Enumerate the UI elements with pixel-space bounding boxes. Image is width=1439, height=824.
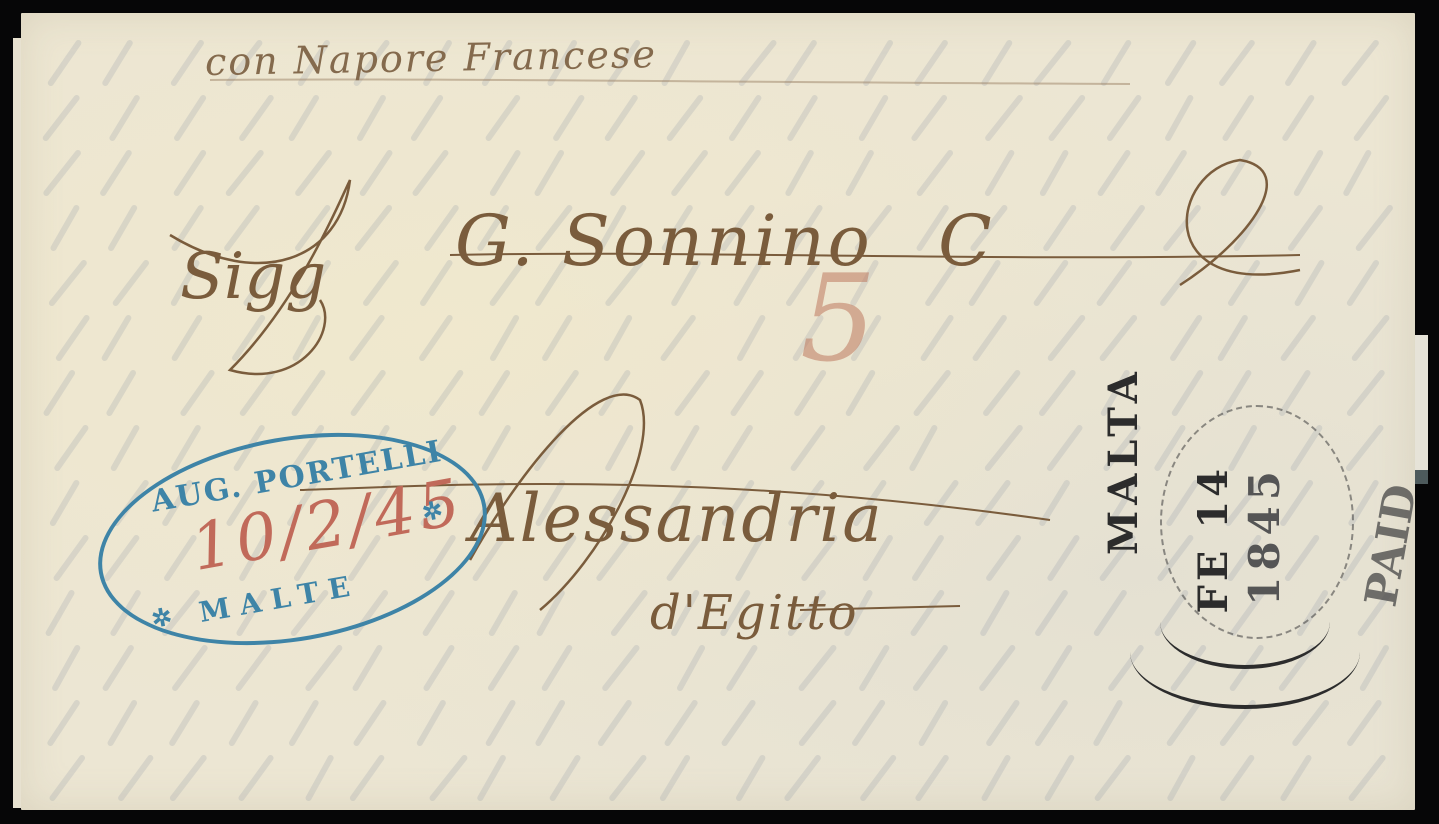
postmark-town: MALTA — [1100, 366, 1147, 555]
addressee-suffix: C — [938, 200, 995, 282]
cachet-bottom-text: MALTE — [157, 568, 362, 636]
destination-city: Alessandria — [470, 480, 884, 557]
postmark-arc — [1130, 595, 1360, 709]
rate-mark: 5 — [800, 250, 876, 389]
malta-postmark: MALTA FE 14 1845 — [1090, 395, 1350, 695]
salutation: Sigg — [180, 240, 326, 314]
route-endorsement: con Napore Francese — [205, 32, 658, 84]
addressee-name: G. Sonnino C — [455, 200, 995, 282]
destination-country: d'Egitto — [650, 585, 859, 641]
